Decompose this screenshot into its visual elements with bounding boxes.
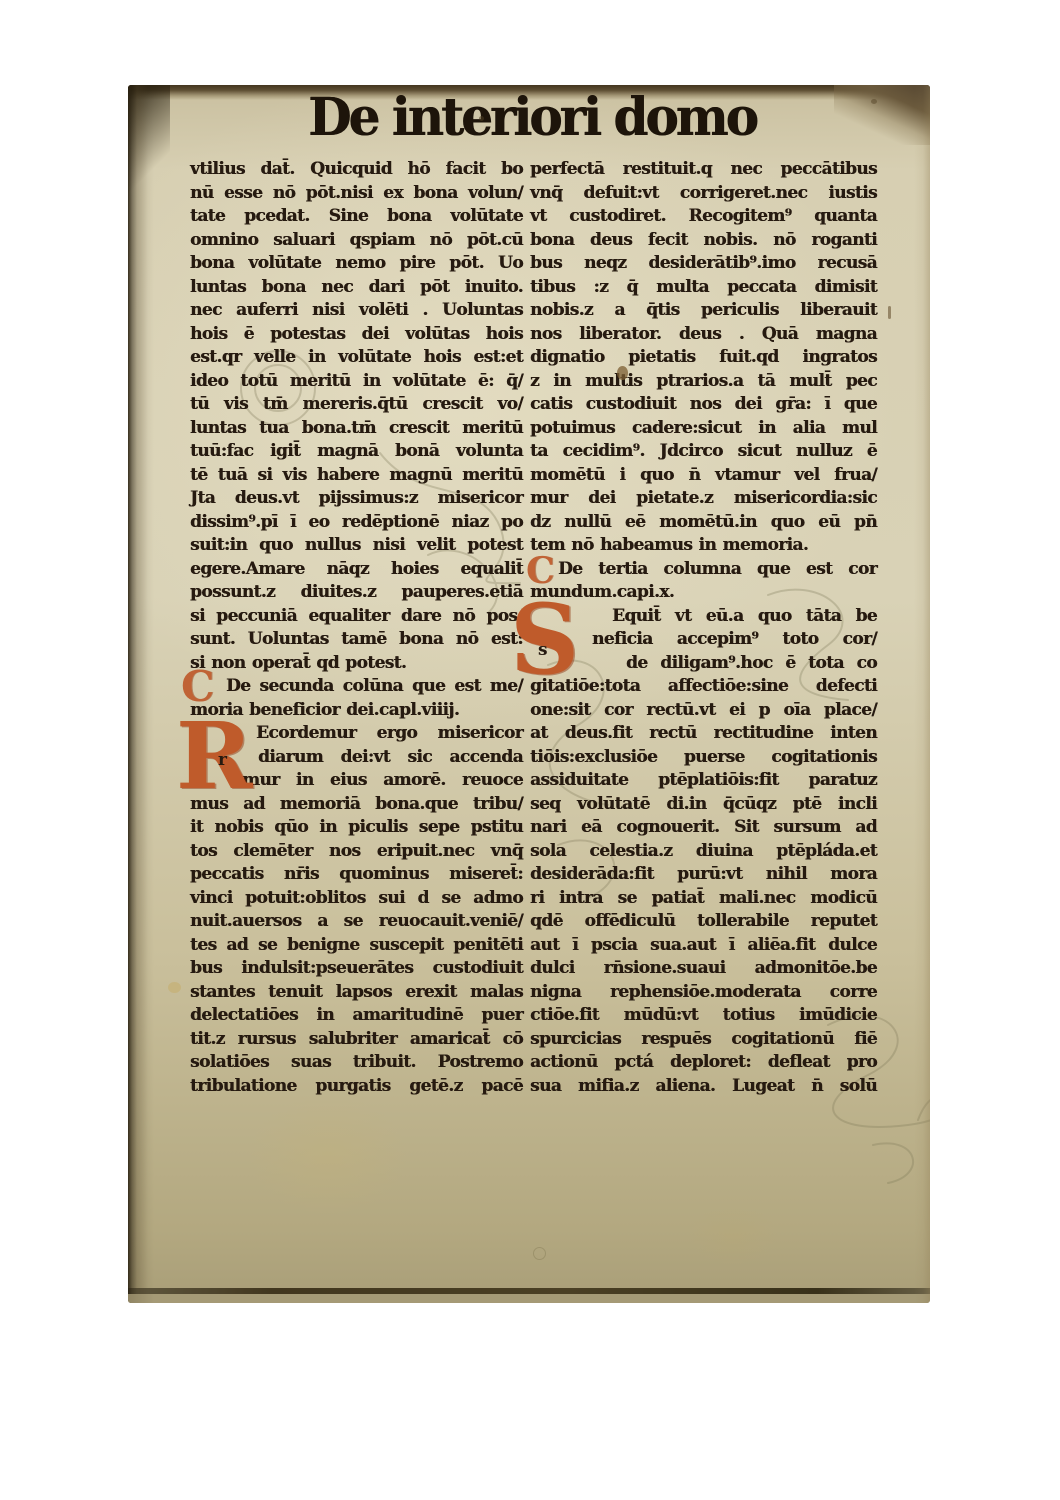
text-line: actionū pctá deploret: defleat pro — [530, 1051, 877, 1075]
text-line: peccatis nr̄is quominus miseret̄: — [190, 863, 523, 887]
foxing-spot — [617, 366, 628, 380]
page-title: De interiori domo — [308, 86, 748, 147]
text-line: ri intra se patiat̄ mali.nec modicū — [530, 887, 877, 911]
guide-letter-s: s — [538, 640, 548, 660]
text-line: bus neqz desiderātib⁹.imo recusā — [530, 252, 877, 276]
text-line: aut ī pscia sua.aut ī aliēa.fit dulce — [530, 934, 877, 958]
text-line: nū esse nō pōt.nisi ex bona volun/ — [190, 182, 523, 206]
text-line: solatiōes suas tribuit. Postremo — [190, 1051, 523, 1075]
text-line: at deus.fit rectū rectitudine inten — [530, 722, 877, 746]
text-line: vtilius dat̄. Quicquid hō facit bo — [190, 158, 523, 182]
text-line: nigna rephensiōe.moderata corre — [530, 981, 877, 1005]
text-line: qdē offēdiculū tollerabile reputet — [530, 910, 877, 934]
text-line: mundum.capi.x. — [530, 581, 877, 605]
text-line: egere.Amare nāqz hoies equalit̄ — [190, 558, 523, 582]
text-line: si non operat̄ qd potest. — [190, 652, 523, 676]
text-line: bona deus fecit nobis. nō roganti — [530, 229, 877, 253]
ink-speck — [479, 116, 484, 121]
paper-stain — [688, 1205, 778, 1265]
text-line: vnq̄ defuit:vt corrigeret.nec iustis — [530, 182, 877, 206]
page-gutter-edge — [128, 85, 148, 1303]
ink-speck — [871, 99, 877, 104]
text-line: si peccuniā equaliter dare nō pos/ — [190, 605, 523, 629]
text-line: ctiōe.fit mūdū:vt totius imūdicie — [530, 1004, 877, 1028]
text-line: perfectā restituit.q nec peccātibus — [530, 158, 877, 182]
page-corner-top-right — [834, 85, 930, 145]
text-line: tes ad se benigne suscepit penitēti — [190, 934, 523, 958]
text-line: ideo totū meritū in volūtate ē: q̄/ — [190, 370, 523, 394]
text-line: nos liberator. deus . Quā magna — [530, 323, 877, 347]
text-line: tē tuā si vis habere magnū meritū — [190, 464, 523, 488]
rubric-initial-R: R — [176, 710, 252, 802]
text-line: stantes tenuit lapsos erexit malas — [190, 981, 523, 1005]
text-line: vinci potuit:oblitos sui d se admo — [190, 887, 523, 911]
text-line: nobis.z a q̄tis periculis liberauit — [530, 299, 877, 323]
text-line: gitatiōe:tota affectiōe:sine defecti — [530, 675, 877, 699]
text-line: sola celestia.z diuina ptēpláda.et — [530, 840, 877, 864]
text-line: tit.z rursus salubriter amaricat̄ cō — [190, 1028, 523, 1052]
text-line: sunt. Uoluntas tamē bona nō est: — [190, 628, 523, 652]
text-line: assiduitate ptēplatiōis:fit paratuz — [530, 769, 877, 793]
book-page-scan: De interiori domo C R r vtilius dat̄. Qu… — [128, 85, 930, 1303]
text-line: dulci rn̄sione.suaui admonitōe.be — [530, 957, 877, 981]
text-line: suit:in quo nullus nisi velit potest — [190, 534, 523, 558]
text-line: hois ē potestas dei volūtas hois — [190, 323, 523, 347]
text-line: spurcicias respuēs cogitationū fiē — [530, 1028, 877, 1052]
text-line: seq volūtatē di.in q̄cūqz ptē incli — [530, 793, 877, 817]
text-line: nari eā cognouerit. Sit sursum ad — [530, 816, 877, 840]
text-line: tate pcedat. Sine bona volūtate — [190, 205, 523, 229]
text-line: one:sit cor rectū.vt ei p oīa place/ — [530, 699, 877, 723]
text-line: De tertia columna que est cor — [530, 558, 877, 582]
paper-stain — [248, 1095, 408, 1215]
text-line: dissim⁹.pī ī eo redēptionē niaz po — [190, 511, 523, 535]
text-column-right: C S s perfectā restituit.q nec peccātibu… — [530, 158, 877, 1100]
text-line: Jta deus.vt pijssimus:z misericor — [190, 487, 523, 511]
text-line: Equit̄ vt eū.a quo tāta be — [530, 605, 877, 629]
text-line: possunt.z diuites.z pauperes.etiā — [190, 581, 523, 605]
text-line: delectatiōes in amaritudinē puer — [190, 1004, 523, 1028]
text-line: dz nullū eē momētū.in quo eū pn̄ — [530, 511, 877, 535]
text-line: momētū i quo n̄ vtamur vel frua/ — [530, 464, 877, 488]
text-line: desiderāda:fit purū:vt nihil mora — [530, 863, 877, 887]
text-line: bus indulsit:pseuerātes custodiuit — [190, 957, 523, 981]
text-line: tū vis tm̄ mereris.q̄tū crescit vo/ — [190, 393, 523, 417]
text-line: tiōis:exclusiōe puerse cogitationis — [530, 746, 877, 770]
text-line: dignatio pietatis fuit.qd ingratos — [530, 346, 877, 370]
text-line: luntas bona nec dari pōt inuito. — [190, 276, 523, 300]
text-line: nec auferri nisi volēti . Uoluntas — [190, 299, 523, 323]
text-line: neficia accepim⁹ toto cor/ — [530, 628, 877, 652]
guide-letter-r: r — [218, 750, 227, 770]
next-leaf-edge — [128, 1294, 930, 1303]
text-line: tribulatione purgatis getē.z pacē — [190, 1075, 523, 1099]
text-line: tem nō habeamus in memoria. — [530, 534, 877, 558]
text-line: sua mifia.z aliena. Lugeat n̄ solū — [530, 1075, 877, 1099]
paper-stain — [168, 982, 181, 993]
text-line: de diligam⁹.hoc ē tota co — [530, 652, 877, 676]
rubric-pilcrow-mark: C — [181, 667, 214, 707]
text-line: luntas tua bona.tm̄ crescit meritū — [190, 417, 523, 441]
text-line: bona volūtate nemo pire pōt. Uo — [190, 252, 523, 276]
text-line: it nobis qūo in piculis sepe pstitu — [190, 816, 523, 840]
text-line: catis custodiuit nos dei gr̄a: ī que — [530, 393, 877, 417]
text-line: omnino saluari qspiam nō pōt.cū — [190, 229, 523, 253]
small-ring-mark — [533, 1247, 546, 1260]
text-line: mur dei pietate.z misericordia:sic — [530, 487, 877, 511]
text-line: ta cecidim⁹. Jdcirco sicut nulluz ē — [530, 440, 877, 464]
margin-mark — [888, 306, 891, 319]
text-line: est.qr velle in volūtate hois est:et — [190, 346, 523, 370]
text-line: z in multis ptrarios.a tā mult̄ pec — [530, 370, 877, 394]
text-line: potuimus cadere:sicut in alia mul — [530, 417, 877, 441]
text-line: tibus :z q̄ multa peccata dimisit — [530, 276, 877, 300]
text-line: nuit.auersos a se reuocauit.veniē/ — [190, 910, 523, 934]
text-line: De secunda colūna que est me/ — [190, 675, 523, 699]
text-line: vt custodiret. Recogitem⁹ quanta — [530, 205, 877, 229]
text-line: tuū:fac igit̄ magnā bonā volunta — [190, 440, 523, 464]
text-column-left: C R r vtilius dat̄. Quicquid hō facit bo… — [190, 158, 523, 1100]
text-line: tos clemēter nos eripuit.nec vnq̄ — [190, 840, 523, 864]
